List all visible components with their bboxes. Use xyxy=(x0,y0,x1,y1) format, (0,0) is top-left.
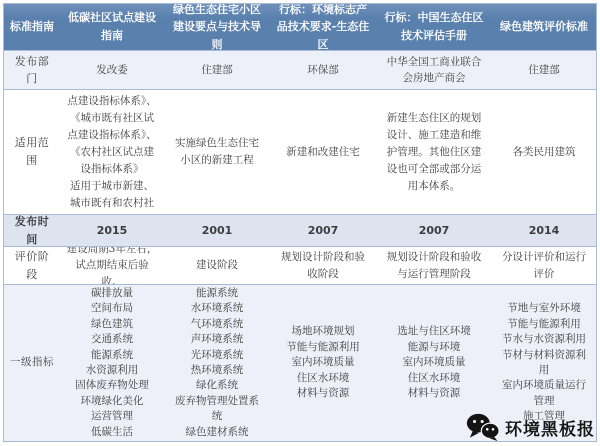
table-cell: 规划设计阶段和验收阶段 xyxy=(270,247,376,284)
table-cell: 规划设计阶段和验收与运行管理阶段 xyxy=(376,247,492,284)
table-row-issuing-department: 发布部门 发改委 住建部 环保部 中华全国工商业联合会房地产商会 住建部 xyxy=(4,51,596,90)
indicator-list: 碳排放量 空间布局 绿色建筑 交通系统 能源系统 水资源利用 固体废弃物处理 环… xyxy=(60,285,164,441)
table-cell: 建设阶段 xyxy=(164,247,270,284)
comparison-table-page: 标准指南 低碳社区试点建设指南 绿色生态住宅小区建设要点与技术导则 行标：环境标… xyxy=(0,0,600,446)
table-cell: 分设计评价和运行评价 xyxy=(492,247,596,284)
header-cell-green-eco-residential: 绿色生态住宅小区建设要点与技术导则 xyxy=(164,4,270,50)
table-row-evaluation-stage: 评价阶段 建设周期3年左右，试点期结束后验收。 建设阶段 规划设计阶段和验收阶段… xyxy=(4,247,596,285)
table-cell: 住建部 xyxy=(164,51,270,89)
table-cell: 环保部 xyxy=(270,51,376,89)
row-label: 评价阶段 xyxy=(4,247,60,284)
table-header-row: 标准指南 低碳社区试点建设指南 绿色生态住宅小区建设要点与技术导则 行标：环境标… xyxy=(4,4,596,51)
table-cell: 各类民用建筑 xyxy=(492,90,596,214)
header-cell-low-carbon-guide: 低碳社区试点建设指南 xyxy=(60,4,164,50)
header-cell-china-eco-manual: 行标：中国生态住区技术评估手册 xyxy=(376,4,492,50)
indicator-list: 能源系统 水环境系统 气环境系统 声环境系统 光环境系统 热环境系统 绿化系统 … xyxy=(164,285,270,441)
table-cell: 中华全国工商业联合会房地产商会 xyxy=(376,51,492,89)
watermark: 环境黑板报 xyxy=(466,413,595,441)
header-cell-row-label: 标准指南 xyxy=(4,4,60,50)
table-cell: 新建生态住区的规划设计、施工建造和维护管理。其他住区建设也可全部或部分运用本体系… xyxy=(376,90,492,214)
table-cell: 实施绿色生态住宅小区的新建工程 xyxy=(164,90,270,214)
table-cell: 新建和改建住宅 xyxy=(270,90,376,214)
table-row-applicable-scope: 适用范围 《城市新建社区试点建设指标体系》、《城市既有社区试点建设指标体系》、《… xyxy=(4,90,596,215)
header-cell-env-label-product: 行标：环境标志产品技术要求-生态住区 xyxy=(270,4,376,50)
row-label: 一级指标 xyxy=(4,285,60,441)
table-row-release-year: 发布时间 2015 2001 2007 2007 2014 xyxy=(4,215,596,247)
table-cell: 建设周期3年左右，试点期结束后验收。 xyxy=(60,247,164,284)
table-cell: 2015 xyxy=(60,215,164,246)
watermark-label: 环境黑板报 xyxy=(505,415,595,440)
table-cell: 2014 xyxy=(492,215,596,246)
table-cell: 2007 xyxy=(270,215,376,246)
standards-comparison-table: 标准指南 低碳社区试点建设指南 绿色生态住宅小区建设要点与技术导则 行标：环境标… xyxy=(3,3,597,442)
table-cell: 发改委 xyxy=(60,51,164,89)
table-cell: 2007 xyxy=(376,215,492,246)
table-cell: 2001 xyxy=(164,215,270,246)
row-label: 发布时间 xyxy=(4,215,60,246)
row-label: 适用范围 xyxy=(4,90,60,214)
table-cell: 《城市新建社区试点建设指标体系》、《城市既有社区试点建设指标体系》、《农村社区试… xyxy=(60,90,164,214)
row-label: 发布部门 xyxy=(4,51,60,89)
wechat-icon xyxy=(466,413,500,441)
table-cell: 住建部 xyxy=(492,51,596,89)
header-cell-green-building-standard: 绿色建筑评价标准 xyxy=(492,4,596,50)
indicator-list: 场地环境规划 节能与能源利用 室内环境质量 住区水环境 材料与资源 xyxy=(270,285,376,441)
